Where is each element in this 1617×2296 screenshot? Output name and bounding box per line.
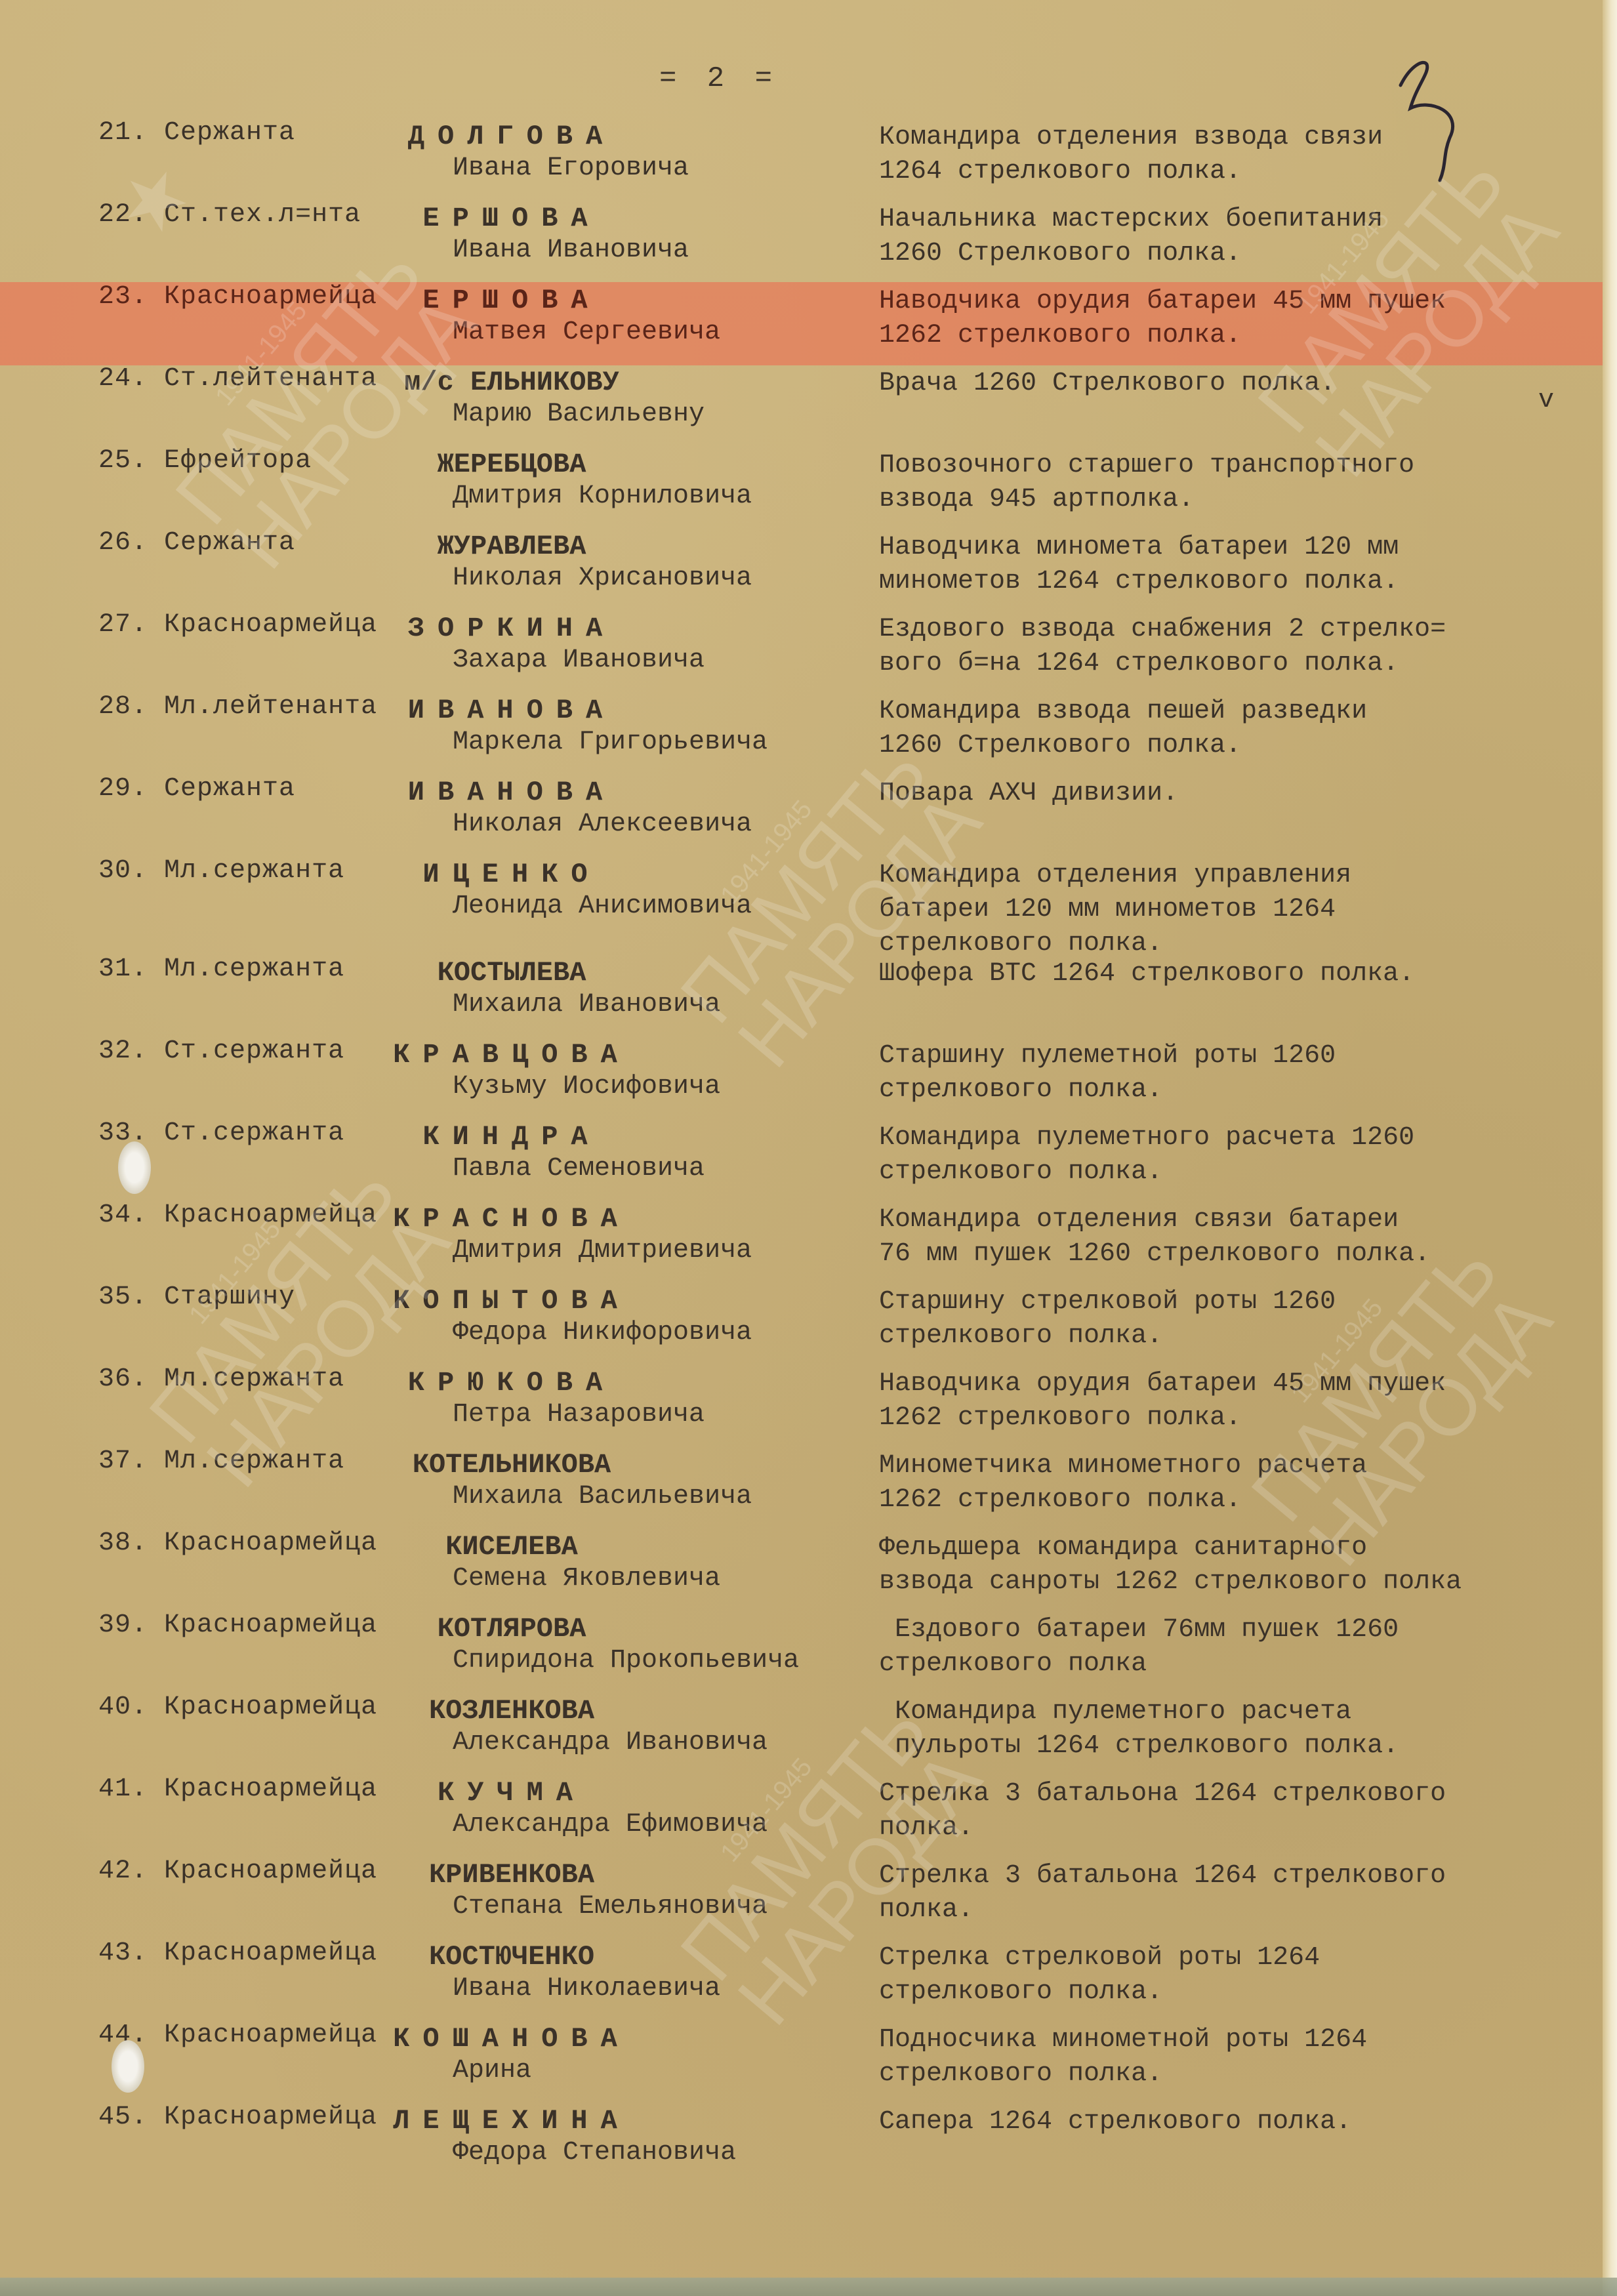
- entry-given-names: Петра Назаровича: [453, 1400, 705, 1429]
- entry-position: Шофера ВТС 1264 стрелкового полка.: [879, 957, 1601, 991]
- entry-position: Ездового взвода снабжения 2 стрелко= вог…: [879, 613, 1601, 681]
- entry-number-rank: 24. Ст.лейтенанта: [98, 364, 377, 394]
- entry-given-names: Михаила Васильевича: [453, 1482, 752, 1511]
- entry-number-rank: 29. Сержанта: [98, 774, 295, 804]
- entry-given-names: Павла Семеновича: [453, 1154, 705, 1183]
- entry-number-rank: 41. Красноармейца: [98, 1774, 377, 1804]
- entry-position: Ездового батареи 76мм пушек 1260 стрелко…: [879, 1613, 1601, 1681]
- entry-position: Старшину пулеметной роты 1260 стрелковог…: [879, 1039, 1601, 1107]
- entry-position: Стрелка 3 батальона 1264 стрелкового пол…: [879, 1859, 1601, 1927]
- entry-number-rank: 38. Красноармейца: [98, 1528, 377, 1558]
- entry-number-rank: 44. Красноармейца: [98, 2020, 377, 2050]
- entry-surname: КОТЛЯРОВА: [438, 1613, 586, 1645]
- entry-number-rank: 28. Мл.лейтенанта: [98, 692, 377, 722]
- entry-position: Повара АХЧ дивизии.: [879, 777, 1601, 811]
- entry-surname: м/с ЕЛЬНИКОВУ: [404, 367, 619, 398]
- entry-number-rank: 39. Красноармейца: [98, 1610, 377, 1640]
- entry-position: Командира пулеметного расчета 1260 стрел…: [879, 1121, 1601, 1189]
- page-marker: = 2 =: [659, 62, 779, 95]
- entry-given-names: Кузьму Иосифовича: [453, 1072, 720, 1101]
- entry-surname: ЕРШОВА: [422, 285, 600, 316]
- entry-given-names: Федора Никифоровича: [453, 1318, 752, 1347]
- entry-surname: КРИВЕНКОВА: [429, 1859, 594, 1891]
- entry-given-names: Ивана Николаевича: [453, 1974, 720, 2003]
- entry-given-names: Михаила Ивановича: [453, 990, 720, 1019]
- entry-given-names: Федора Степановича: [453, 2138, 736, 2167]
- paper-hole: [112, 2040, 144, 2093]
- entry-surname: ИЦЕНКО: [422, 859, 600, 890]
- check-mark: v: [1538, 386, 1554, 415]
- entry-position: Командира отделения управления батареи 1…: [879, 859, 1601, 961]
- entry-position: Наводчика орудия батареи 45 мм пушек 126…: [879, 1367, 1601, 1435]
- entry-number-rank: 40. Красноармейца: [98, 1692, 377, 1722]
- entry-number-rank: 26. Сержанта: [98, 528, 295, 558]
- entry-position: Фельдшера командира санитарного взвода с…: [879, 1531, 1601, 1599]
- entry-given-names: Дмитрия Корниловича: [453, 482, 752, 511]
- entry-position: Наводчика орудия батареи 45 мм пушек 126…: [879, 285, 1601, 353]
- entry-surname: ЖЕРЕБЦОВА: [438, 449, 586, 480]
- entry-surname: ЕРШОВА: [422, 203, 600, 234]
- entry-number-rank: 45. Красноармейца: [98, 2102, 377, 2132]
- entry-surname: КОТЕЛЬНИКОВА: [413, 1449, 611, 1481]
- entry-surname: ЗОРКИНА: [408, 613, 615, 644]
- entry-given-names: Степана Емельяновича: [453, 1892, 768, 1921]
- entry-given-names: Спиридона Прокопьевича: [453, 1646, 799, 1675]
- scan-bottom-strip: [0, 2278, 1617, 2296]
- entry-surname: КОШАНОВА: [393, 2023, 630, 2055]
- entry-given-names: Семена Яковлевича: [453, 1564, 720, 1593]
- entry-surname: КРАСНОВА: [393, 1203, 630, 1235]
- entry-position: Сапера 1264 стрелкового полка.: [879, 2105, 1601, 2139]
- entry-number-rank: 36. Мл.сержанта: [98, 1364, 344, 1394]
- entry-number-rank: 22. Ст.тех.л=нта: [98, 200, 361, 230]
- entry-surname: ИВАНОВА: [408, 777, 615, 808]
- entry-given-names: Арина: [453, 2056, 531, 2085]
- entry-surname: КОСТЮЧЕНКО: [429, 1941, 594, 1973]
- entry-number-rank: 31. Мл.сержанта: [98, 954, 344, 984]
- entry-given-names: Дмитрия Дмитриевича: [453, 1236, 752, 1265]
- entry-surname: КУЧМА: [438, 1777, 586, 1809]
- entry-position: Повозочного старшего транспортного взвод…: [879, 449, 1601, 517]
- entry-number-rank: 42. Красноармейца: [98, 1856, 377, 1886]
- entry-given-names: Леонида Анисимовича: [453, 892, 752, 921]
- entry-given-names: Марию Васильевну: [453, 400, 705, 429]
- entry-position: Наводчика миномета батареи 120 мм миноме…: [879, 531, 1601, 599]
- entry-position: Минометчика минометного расчета 1262 стр…: [879, 1449, 1601, 1517]
- entry-number-rank: 35. Старшину: [98, 1282, 295, 1312]
- entry-position: Стрелка стрелковой роты 1264 стрелкового…: [879, 1941, 1601, 2009]
- entry-number-rank: 21. Сержанта: [98, 118, 295, 148]
- entry-position: Командира отделения связи батареи 76 мм …: [879, 1203, 1601, 1271]
- entry-position: Начальника мастерских боепитания 1260 Ст…: [879, 203, 1601, 271]
- entry-given-names: Николая Хрисановича: [453, 564, 752, 593]
- entry-surname: КОСТЫЛЕВА: [438, 957, 586, 989]
- entry-surname: КРАВЦОВА: [393, 1039, 630, 1071]
- entry-position: Подносчика минометной роты 1264 стрелков…: [879, 2023, 1601, 2091]
- entry-position: Стрелка 3 батальона 1264 стрелкового пол…: [879, 1777, 1601, 1845]
- entry-number-rank: 32. Ст.сержанта: [98, 1036, 344, 1066]
- entry-surname: КИСЕЛЕВА: [445, 1531, 578, 1563]
- entry-surname: КРЮКОВА: [408, 1367, 615, 1399]
- entry-given-names: Захара Ивановича: [453, 646, 705, 675]
- entry-number-rank: 43. Красноармейца: [98, 1938, 377, 1968]
- entry-surname: ЛЕЩЕХИНА: [393, 2105, 630, 2137]
- entry-surname: КИНДРА: [422, 1121, 600, 1153]
- entry-given-names: Николая Алексеевича: [453, 810, 752, 839]
- entry-number-rank: 23. Красноармейца: [98, 282, 377, 312]
- entry-number-rank: 25. Ефрейтора: [98, 446, 312, 476]
- entry-number-rank: 37. Мл.сержанта: [98, 1446, 344, 1476]
- entry-position: Командира пулеметного расчета пульроты 1…: [879, 1695, 1601, 1763]
- entry-given-names: Матвея Сергеевича: [453, 318, 720, 347]
- entry-position: Командира отделения взвода связи 1264 ст…: [879, 121, 1601, 189]
- page-edge: [1603, 0, 1617, 2296]
- entry-surname: ИВАНОВА: [408, 695, 615, 726]
- entry-given-names: Маркела Григорьевича: [453, 728, 768, 757]
- entry-number-rank: 30. Мл.сержанта: [98, 856, 344, 886]
- entry-position: Командира взвода пешей разведки 1260 Стр…: [879, 695, 1601, 763]
- entry-number-rank: 34. Красноармейца: [98, 1200, 377, 1230]
- entry-surname: КОЗЛЕНКОВА: [429, 1695, 594, 1727]
- entry-given-names: Ивана Ивановича: [453, 236, 689, 265]
- entry-given-names: Ивана Егоровича: [453, 154, 689, 183]
- entry-given-names: Александра Ефимовича: [453, 1810, 768, 1839]
- entry-surname: ЖУРАВЛЕВА: [438, 531, 586, 562]
- entry-position: Врача 1260 Стрелкового полка.: [879, 367, 1601, 401]
- entry-position: Старшину стрелковой роты 1260 стрелковог…: [879, 1285, 1601, 1353]
- entry-given-names: Александра Ивановича: [453, 1728, 768, 1757]
- entry-number-rank: 27. Красноармейца: [98, 610, 377, 640]
- entry-surname: КОПЫТОВА: [393, 1285, 630, 1317]
- entry-surname: ДОЛГОВА: [408, 121, 615, 152]
- paper-hole: [118, 1141, 151, 1194]
